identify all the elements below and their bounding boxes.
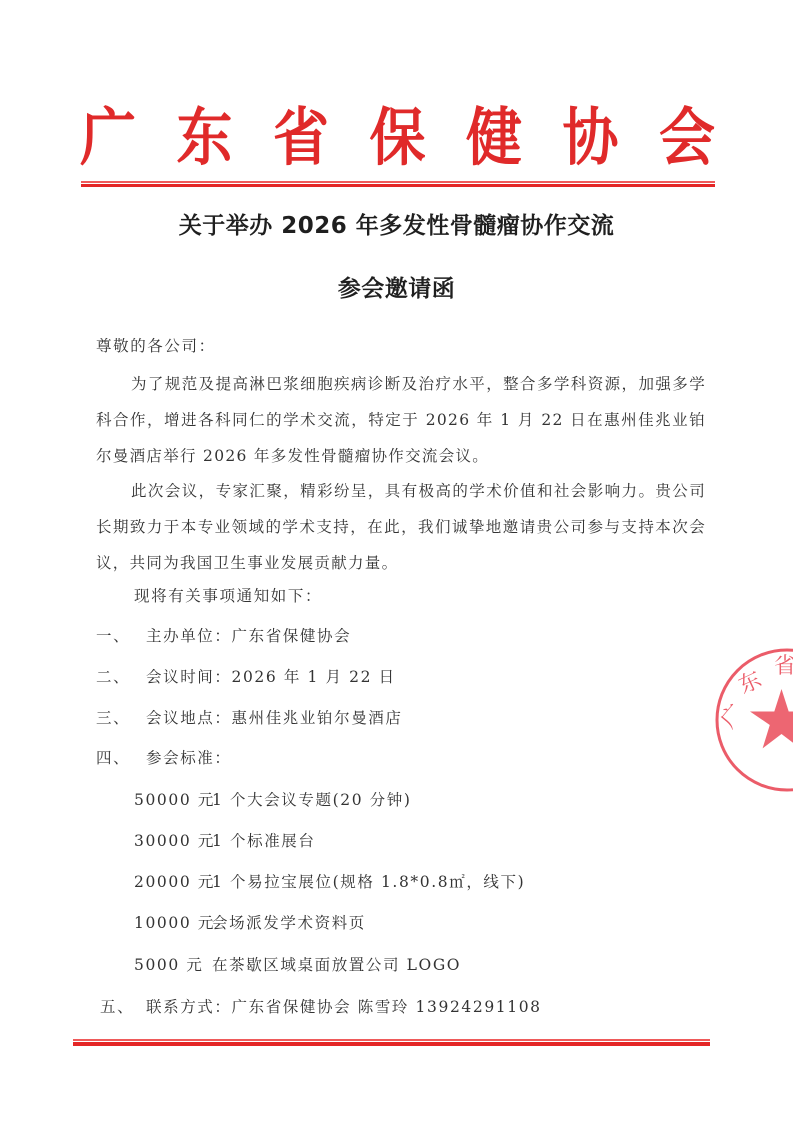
letterhead-char: 保: [370, 100, 426, 178]
fee-amount: 30000 元: [134, 831, 215, 851]
fee-description: 在茶歇区域桌面放置公司 LOGO: [212, 955, 461, 975]
fee-description: 1 个易拉宝展位(规格 1.8*0.8㎡，线下): [212, 872, 525, 892]
svg-text:东: 东: [735, 667, 766, 699]
footer-divider-thin: [73, 1039, 710, 1041]
item-number: 四、: [96, 748, 130, 768]
item-meeting-time: 会议时间：2026 年 1 月 22 日: [146, 667, 396, 687]
salutation: 尊敬的各公司：: [96, 336, 216, 356]
official-seal-stamp-icon: 广 东 省: [712, 645, 793, 795]
letterhead-org-name: 广 东 省 保 健 协 会: [80, 104, 715, 174]
document-title-line-2: 参会邀请函: [0, 270, 793, 303]
item-meeting-location: 会议地点：惠州佳兆业铂尔曼酒店: [146, 708, 403, 728]
body-paragraph-1: 为了规范及提高淋巴浆细胞疾病诊断及治疗水平，整合多学科资源，加强多学科合作，增进…: [96, 366, 706, 474]
svg-text:广: 广: [716, 700, 749, 733]
fee-amount: 10000 元: [134, 913, 215, 933]
svg-text:省: 省: [774, 654, 793, 679]
letterhead-char: 协: [563, 100, 619, 178]
item-organizer: 主办单位：广东省保健协会: [146, 626, 351, 646]
letterhead-char: 广: [80, 100, 136, 178]
letterhead-char: 会: [659, 100, 715, 178]
letterhead-divider-thin: [81, 181, 715, 183]
item-participation-standard: 参会标准：: [146, 748, 232, 768]
contact-info: 联系方式：广东省保健协会 陈雪玲 13924291108: [146, 997, 542, 1017]
fee-amount: 5000 元: [134, 955, 203, 975]
item-number: 三、: [96, 708, 130, 728]
letterhead-divider-thick: [81, 184, 715, 187]
document-title-line-1: 关于举办 2026 年多发性骨髓瘤协作交流: [0, 207, 793, 240]
fee-amount: 20000 元: [134, 872, 215, 892]
letterhead-char: 省: [273, 100, 329, 178]
fee-description: 1 个大会议专题(20 分钟): [212, 790, 412, 810]
item-number: 一、: [96, 626, 130, 646]
letterhead-char: 东: [177, 100, 233, 178]
item-number: 二、: [96, 667, 130, 687]
fee-description: 会场派发学术资料页: [212, 913, 366, 933]
item-number: 五、: [100, 997, 134, 1017]
notice-intro: 现将有关事项通知如下：: [134, 586, 322, 606]
letterhead-char: 健: [466, 100, 522, 178]
fee-description: 1 个标准展台: [212, 831, 316, 851]
body-paragraph-2: 此次会议，专家汇聚，精彩纷呈，具有极高的学术价值和社会影响力。贵公司长期致力于本…: [96, 473, 706, 581]
fee-amount: 50000 元: [134, 790, 215, 810]
footer-divider-thick: [73, 1042, 710, 1046]
